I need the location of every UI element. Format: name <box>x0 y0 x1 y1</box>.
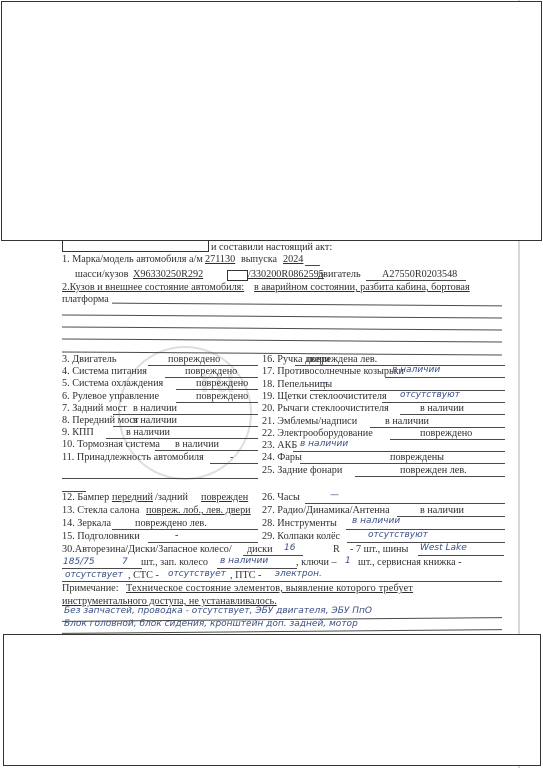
year-underline <box>305 265 320 266</box>
pts-label: , ПТС - <box>230 570 261 581</box>
left-item-value: повреждено <box>196 391 248 402</box>
item12-rear: /задний <box>155 492 188 503</box>
spare-label: шт., зап. колесо <box>141 557 208 568</box>
intro-text: и составили настоящий акт: <box>211 242 332 253</box>
right-item-underline <box>390 439 505 440</box>
left-item-value: - <box>230 452 233 463</box>
right-item-underline <box>355 476 505 477</box>
item15-underline <box>148 542 258 543</box>
left-item-value: в наличии <box>126 427 170 438</box>
redaction-box-name <box>62 240 209 252</box>
item13-value: повреж. лоб., лев. двери <box>146 505 251 516</box>
service-label: шт., сервисная книжка - <box>358 557 462 568</box>
note-hand-1: Без запчастей, проводка - отсутствует, Э… <box>64 606 372 616</box>
blank-line <box>62 326 502 330</box>
left-item-label: 11. Принадлежность автомобиля <box>62 452 204 463</box>
note-label: Примечание: <box>62 583 119 594</box>
item15-label: 15. Подголовники <box>62 531 140 542</box>
item27-value: в наличии <box>420 505 464 516</box>
right-item-value: в наличии <box>300 439 348 449</box>
tire-size-underline <box>62 568 142 569</box>
left-item-label: 3. Двигатель <box>62 354 117 365</box>
item27-underline <box>397 516 505 517</box>
item26-value: — <box>330 490 339 500</box>
item28-label: 28. Инструменты <box>262 518 337 529</box>
tire-underline <box>418 555 504 556</box>
chassis-suffix: /330200R0862595 <box>248 269 324 280</box>
item29-value: отсутствуют <box>368 530 428 540</box>
r-label: R <box>333 544 340 555</box>
left-item-label: 5. Система охлаждения <box>62 378 163 389</box>
item14-label: 14. Зеркала <box>62 518 111 529</box>
engine-label: двигатель <box>318 269 361 280</box>
tire-size: 185/75 <box>63 557 95 567</box>
item28-value: в наличии <box>352 516 400 526</box>
disks-label: диски <box>247 544 273 555</box>
item12-label: 12. Бампер <box>62 492 109 503</box>
right-item-value: отсутствуют <box>400 390 460 400</box>
right-item-underline <box>385 377 505 378</box>
service-value: отсутствует <box>65 570 123 580</box>
right-item-label: 21. Эмблемы/надписи <box>262 416 357 427</box>
right-item-value: повреждены <box>390 452 444 463</box>
keys-value: 1 <box>345 556 351 566</box>
redaction-box-vin <box>227 270 248 281</box>
item26-underline <box>305 503 505 504</box>
blank-line <box>62 338 502 342</box>
right-item-value: повреждена лев. <box>306 354 377 365</box>
item15-value: - <box>175 530 178 541</box>
item29-label: 29. Колпаки колёс <box>262 531 340 542</box>
sts-label: , СТС - <box>128 570 159 581</box>
right-item-label: 25. Задние фонари <box>262 465 342 476</box>
left-item-label: 4. Система питания <box>62 366 147 377</box>
model-value: 271130 <box>205 254 235 265</box>
left-item-label: 8. Передний мост <box>62 415 138 426</box>
item14-underline <box>112 529 258 530</box>
redaction-box-bottom <box>3 634 541 766</box>
blank-line <box>62 314 502 318</box>
left-item-label: 7. Задний мост <box>62 403 127 414</box>
engine-underline <box>366 280 466 281</box>
item2-value: в аварийном состоянии, разбита кабина, б… <box>254 282 470 293</box>
left-item-label: 6. Рулевое управление <box>62 391 159 402</box>
redaction-box-top <box>1 1 542 241</box>
left-item-underline <box>176 402 258 403</box>
right-item-label: 22. Электрооборудование <box>262 428 373 439</box>
right-item-label: 23. АКБ <box>262 440 297 451</box>
left-item-value: в наличии <box>133 403 177 414</box>
right-item-label: 19. Щетки стеклоочистителя <box>262 391 387 402</box>
year-label: выпуска <box>241 254 277 265</box>
right-item-value: поврежден лев. <box>400 465 467 476</box>
item30-label: 30.Авторезина/Диски/Запасное колесо/ <box>62 544 232 555</box>
item13-label: 13. Стекла салона <box>62 505 139 516</box>
left-item-label: 10. Тормозная система <box>62 439 160 450</box>
right-item-value: в наличии <box>420 403 464 414</box>
note-text-1: Техническое состояние элементов, выявлен… <box>126 583 413 594</box>
note-hand-2: Блок головной, блок сидения, кронштейн д… <box>64 619 358 629</box>
item12-value: поврежден <box>201 492 248 503</box>
right-item-value: — <box>320 378 329 388</box>
left-item-value: повреждено <box>185 366 237 377</box>
keys-label: , ключи – <box>296 557 337 568</box>
right-item-label: 20. Рычаги стеклоочистителя <box>262 403 389 414</box>
disk-size: 16 <box>284 543 295 553</box>
item12-front: передний <box>112 492 153 503</box>
item26-label: 26. Часы <box>262 492 300 503</box>
left-item-value: повреждено <box>168 354 220 365</box>
docs-underline <box>62 581 502 582</box>
tire-brand: West Lake <box>420 543 467 553</box>
year-value: 2024 <box>283 254 303 265</box>
item27-label: 27. Радио/Динамика/Антенна <box>262 505 390 516</box>
item1-label: 1. Марка/модель автомобиля а/м <box>62 254 203 265</box>
right-item-value: повреждено <box>420 428 472 439</box>
sts-value: отсутствует <box>168 569 226 579</box>
blank-line <box>62 478 258 479</box>
chassis-prefix: X96330250R292 <box>133 269 203 280</box>
spare-value: в наличии <box>220 556 268 566</box>
left-item-label: 9. КПП <box>62 427 94 438</box>
pts-value: электрон. <box>275 569 322 579</box>
right-item-value: в наличии <box>392 365 440 375</box>
disk-count: - 7 шт., шины <box>350 544 408 555</box>
item14-value: повреждено лев. <box>135 518 207 529</box>
left-item-value: повреждено <box>196 378 248 389</box>
right-item-label: 24. Фары <box>262 452 302 463</box>
blank-line <box>112 303 502 307</box>
right-item-value: в наличии <box>385 416 429 427</box>
item2-label: 2.Кузов и внешнее состояние автомобиля: <box>62 282 244 293</box>
left-item-underline <box>210 463 258 464</box>
tire-count: 7 <box>122 557 128 567</box>
left-item-value: в наличии <box>133 415 177 426</box>
left-item-value: в наличии <box>175 439 219 450</box>
engine-value: A27550R0203548 <box>382 269 457 280</box>
chassis-label: шасси/кузов <box>75 269 128 280</box>
right-item-label: 17. Противосолнечные козырьки <box>262 366 404 377</box>
item2-value-2: платформа <box>62 294 109 305</box>
